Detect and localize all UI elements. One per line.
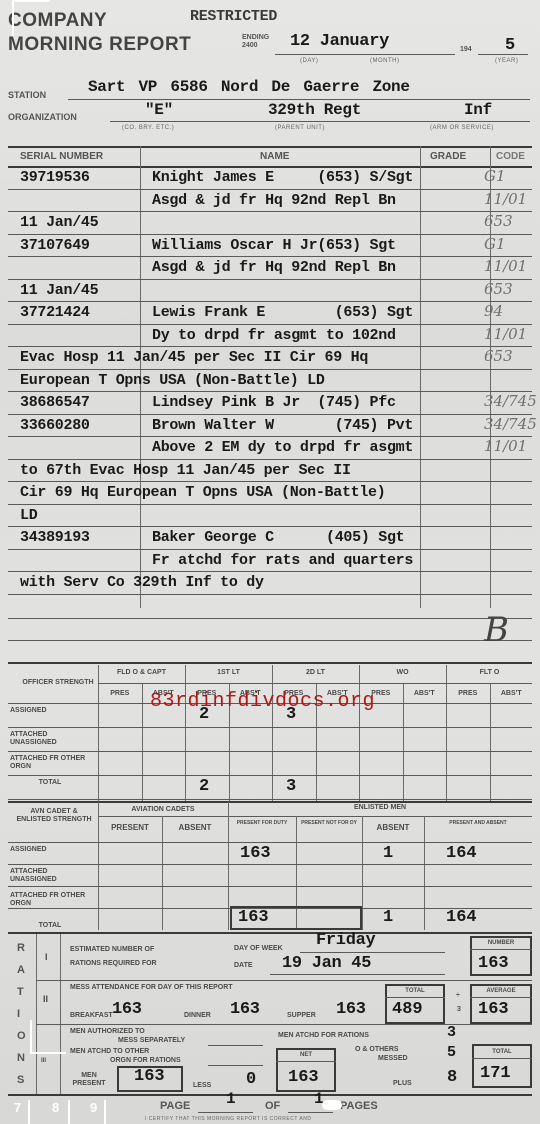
org-arm: Inf bbox=[464, 101, 492, 119]
officer-group-header: WO bbox=[359, 669, 446, 677]
col-name: NAME bbox=[260, 151, 289, 162]
officer-total-2d-lt-pres: 3 bbox=[286, 777, 296, 796]
officer-group-header: 2D LT bbox=[272, 669, 359, 677]
rations-side-letter: N bbox=[17, 1052, 25, 1064]
officer-group-header: FLT O bbox=[446, 669, 533, 677]
atchd-other-label-1: MEN ATCHD TO OTHER bbox=[70, 1048, 149, 1056]
entry-code: 11/01 bbox=[484, 437, 527, 455]
auth-sep-label-1: MEN AUTHORIZED TO bbox=[70, 1028, 145, 1036]
enlisted-col-header: PRESENT AND ABSENT bbox=[424, 820, 532, 827]
day-of-week-value: Friday bbox=[316, 931, 375, 950]
station-value: Sart VP 6586 Nord De Gaerre Zone bbox=[88, 78, 410, 96]
entry-continuation-text: European T Opns USA (Non-Battle) LD bbox=[20, 372, 325, 389]
officer-total-1st-lt-pres: 2 bbox=[199, 777, 209, 796]
less-label: LESS bbox=[193, 1082, 211, 1090]
initials-signature: B bbox=[484, 610, 509, 650]
entry-text: Dy to drpd fr asgmt to 102nd bbox=[152, 327, 396, 344]
officer-abs-header: ABS'T bbox=[403, 690, 447, 698]
enlisted-assigned-total: 164 bbox=[446, 844, 477, 863]
rations-side-letter: R bbox=[17, 942, 25, 954]
entry-code: 94 bbox=[484, 302, 503, 320]
entry-continuation-text: LD bbox=[20, 507, 37, 524]
entry-text: Knight James E (653) S/Sgt bbox=[152, 169, 413, 186]
est-rations-label-1: ESTIMATED NUMBER OF bbox=[70, 946, 154, 954]
officer-pres-header: PRES bbox=[446, 690, 490, 698]
officer-pres-header: PRES bbox=[98, 690, 142, 698]
o-others-value: 5 bbox=[447, 1044, 456, 1061]
enlisted-total-total: 164 bbox=[446, 908, 477, 927]
entry-code: 653 bbox=[484, 347, 513, 365]
enlisted-row-label: ASSIGNED bbox=[10, 846, 90, 854]
sub-arm: (ARM OR SERVICE) bbox=[430, 125, 494, 131]
year-prefix: 194 bbox=[460, 46, 472, 53]
entry-code: G1 bbox=[484, 235, 506, 253]
section-i-label: I bbox=[45, 952, 48, 962]
frame-number-8: 8 bbox=[52, 1100, 59, 1115]
ending-time: 2400 bbox=[242, 42, 269, 50]
date-label: DATE bbox=[234, 962, 253, 970]
enlisted-col-header: PRESENT bbox=[98, 824, 162, 832]
atchd-rations-label: MEN ATCHD FOR RATIONS bbox=[278, 1032, 369, 1040]
men-present-value: 163 bbox=[134, 1067, 165, 1086]
entry-code: 653 bbox=[484, 280, 513, 298]
officer-row-label: ATTACHED FR OTHER ORGN bbox=[10, 755, 90, 771]
watermark-text: 83rdinfdivdocs.org bbox=[150, 690, 375, 713]
enlisted-col-header: PRESENT FOR DUTY bbox=[228, 820, 296, 827]
sub-parent-unit: (PARENT UNIT) bbox=[275, 125, 325, 131]
day-of-week-label: DAY OF WEEK bbox=[234, 945, 283, 953]
frame-number-9: 9 bbox=[90, 1100, 97, 1115]
breakfast-value: 163 bbox=[112, 1000, 142, 1019]
entry-serial: 11 Jan/45 bbox=[20, 282, 98, 299]
officer-row-label: ASSIGNED bbox=[10, 707, 90, 715]
entry-serial: 37721424 bbox=[20, 304, 90, 321]
enlisted-strength-title: AVN CADET & ENLISTED STRENGTH bbox=[14, 808, 94, 824]
org-parent-unit: 329th Regt bbox=[268, 101, 361, 119]
entry-continuation-text: with Serv Co 329th Inf to dy bbox=[20, 574, 264, 591]
form-title-line2: MORNING REPORT bbox=[8, 34, 191, 56]
organization-label: ORGANIZATION bbox=[8, 112, 77, 122]
number-label: NUMBER bbox=[470, 939, 532, 947]
mess-total-label: TOTAL bbox=[385, 987, 445, 995]
est-rations-label-2: RATIONS REQUIRED FOR bbox=[70, 960, 157, 968]
entry-continuation-text: to 67th Evac Hosp 11 Jan/45 per Sec II bbox=[20, 462, 351, 479]
sub-year: (YEAR) bbox=[495, 58, 518, 64]
average-label: AVERAGE bbox=[470, 987, 532, 995]
of-label: OF bbox=[265, 1100, 280, 1112]
supper-value: 163 bbox=[336, 1000, 366, 1019]
o-others-label-2: MESSED bbox=[378, 1055, 408, 1063]
enlisted-row-label: ATTACHED FR OTHER ORGN bbox=[10, 892, 90, 908]
enlisted-row-label: ATTACHED UNASSIGNED bbox=[10, 868, 90, 884]
entry-code: G1 bbox=[484, 167, 506, 185]
entry-code: 653 bbox=[484, 212, 513, 230]
entry-text: Asgd & jd fr Hq 92nd Repl Bn bbox=[152, 259, 396, 276]
entry-text: Lewis Frank E (653) Sgt bbox=[152, 304, 413, 321]
enlisted-assigned-present-duty: 163 bbox=[240, 844, 271, 863]
pages-label: PAGES bbox=[340, 1100, 378, 1112]
atchd-rations-value: 3 bbox=[447, 1024, 456, 1041]
mess-total-value: 489 bbox=[392, 1000, 423, 1019]
enlisted-col-header: PRESENT NOT FOR DY bbox=[296, 820, 362, 827]
rations-side-letter: S bbox=[17, 1074, 24, 1086]
col-serial-number: SERIAL NUMBER bbox=[20, 151, 103, 162]
entry-continuation-text: Evac Hosp 11 Jan/45 per Sec II Cir 69 Hq bbox=[20, 349, 368, 366]
col-code: CODE bbox=[496, 151, 525, 162]
entry-code: 11/01 bbox=[484, 190, 527, 208]
section-ii-label: II bbox=[43, 994, 48, 1004]
classification-stamp: RESTRICTED bbox=[190, 8, 277, 25]
sub-co: (CO. BRY. ETC.) bbox=[122, 125, 174, 131]
col-grade: GRADE bbox=[430, 151, 466, 162]
net-value: 163 bbox=[288, 1068, 319, 1087]
divide-sign: ÷ bbox=[456, 992, 460, 1000]
section-iii-label: III bbox=[41, 1058, 46, 1064]
entry-text: Brown Walter W (745) Pvt bbox=[152, 417, 413, 434]
rations-side-letter: I bbox=[17, 1008, 20, 1020]
officer-strength-title: OFFICER STRENGTH bbox=[18, 679, 98, 687]
ration-date-value: 19 Jan 45 bbox=[282, 954, 371, 973]
officer-row-label: TOTAL bbox=[10, 779, 90, 787]
entry-text: Asgd & jd fr Hq 92nd Repl Bn bbox=[152, 192, 396, 209]
rations-number-value: 163 bbox=[478, 954, 509, 973]
frame-number-7: 7 bbox=[14, 1100, 21, 1115]
breakfast-label: BREAKFAST bbox=[70, 1012, 113, 1020]
officer-abs-header: ABS'T bbox=[490, 690, 534, 698]
entry-serial: 38686547 bbox=[20, 394, 90, 411]
enlisted-col-header: ABSENT bbox=[162, 824, 228, 832]
mess-attendance-label: MESS ATTENDANCE FOR DAY OF THIS REPORT bbox=[70, 984, 233, 992]
page-number: 1 bbox=[226, 1090, 235, 1108]
enlisted-assigned-absent: 1 bbox=[383, 844, 393, 863]
enlisted-row-label: TOTAL bbox=[10, 922, 90, 930]
men-present-label: MEN PRESENT bbox=[64, 1072, 114, 1088]
enlisted-col-header: ABSENT bbox=[362, 824, 424, 832]
entry-code: 11/01 bbox=[484, 257, 527, 275]
org-company: "E" bbox=[145, 101, 173, 119]
entry-serial: 33660280 bbox=[20, 417, 90, 434]
station-label: STATION bbox=[8, 90, 46, 100]
entry-code: 34/745 bbox=[484, 392, 537, 410]
ending-label-text: ENDING bbox=[242, 34, 269, 42]
enlisted-total-present-duty: 163 bbox=[238, 908, 269, 927]
entry-serial: 37107649 bbox=[20, 237, 90, 254]
plus-value: 8 bbox=[447, 1068, 457, 1087]
less-value: 0 bbox=[246, 1070, 256, 1089]
sub-day: (DAY) bbox=[300, 58, 318, 64]
entry-text: Above 2 EM dy to drpd fr asgmt bbox=[152, 439, 413, 456]
entry-code: 34/745 bbox=[484, 415, 537, 433]
o-others-label-1: O & OTHERS bbox=[355, 1046, 399, 1054]
entry-code: 11/01 bbox=[484, 325, 527, 343]
form-title-line1: COMPANY bbox=[8, 10, 107, 32]
grand-total-value: 171 bbox=[480, 1064, 511, 1083]
supper-label: SUPPER bbox=[287, 1012, 316, 1020]
ending-label: ENDING 2400 bbox=[242, 34, 269, 50]
atchd-other-label-2: ORGN FOR RATIONS bbox=[110, 1057, 181, 1065]
dinner-value: 163 bbox=[230, 1000, 260, 1019]
morning-report-page: COMPANY MORNING REPORT RESTRICTED ENDING… bbox=[0, 0, 540, 1124]
average-value: 163 bbox=[478, 1000, 509, 1019]
rations-side-letter: O bbox=[17, 1030, 26, 1042]
officer-group-header: FLD O & CAPT bbox=[98, 669, 185, 677]
grand-total-label: TOTAL bbox=[472, 1048, 532, 1056]
entry-text: Lindsey Pink B Jr (745) Pfc bbox=[152, 394, 396, 411]
officer-row-label: ATTACHED UNASSIGNED bbox=[10, 731, 90, 747]
auth-sep-label-2: MESS SEPARATELY bbox=[118, 1037, 185, 1045]
entry-serial: 11 Jan/45 bbox=[20, 214, 98, 231]
rations-side-letter: T bbox=[17, 986, 24, 998]
page-label: PAGE bbox=[160, 1100, 190, 1112]
rations-side-letter: A bbox=[17, 964, 25, 976]
plus-label: PLUS bbox=[393, 1080, 412, 1088]
entry-text: Baker George C (405) Sgt bbox=[152, 529, 404, 546]
officer-group-header: 1ST LT bbox=[185, 669, 272, 677]
entry-serial: 34389193 bbox=[20, 529, 90, 546]
dinner-label: DINNER bbox=[184, 1012, 211, 1020]
aviation-cadets-header: AVIATION CADETS bbox=[98, 806, 228, 814]
enlisted-total-absent: 1 bbox=[383, 908, 393, 927]
net-label: NET bbox=[276, 1051, 336, 1059]
entry-text: Fr atchd for rats and quarters bbox=[152, 552, 413, 569]
year-suffix: 5 bbox=[505, 36, 515, 55]
sub-month: (MONTH) bbox=[370, 58, 400, 64]
entry-continuation-text: Cir 69 Hq European T Opns USA (Non-Battl… bbox=[20, 484, 385, 501]
enlisted-men-header: ENLISTED MEN bbox=[228, 804, 532, 812]
entry-text: Williams Oscar H Jr(653) Sgt bbox=[152, 237, 396, 254]
certify-text: I CERTIFY THAT THIS MORNING REPORT IS CO… bbox=[145, 1116, 311, 1122]
entry-serial: 39719536 bbox=[20, 169, 90, 186]
divide-by: 3 bbox=[457, 1006, 461, 1014]
report-date: 12 January bbox=[290, 32, 389, 51]
